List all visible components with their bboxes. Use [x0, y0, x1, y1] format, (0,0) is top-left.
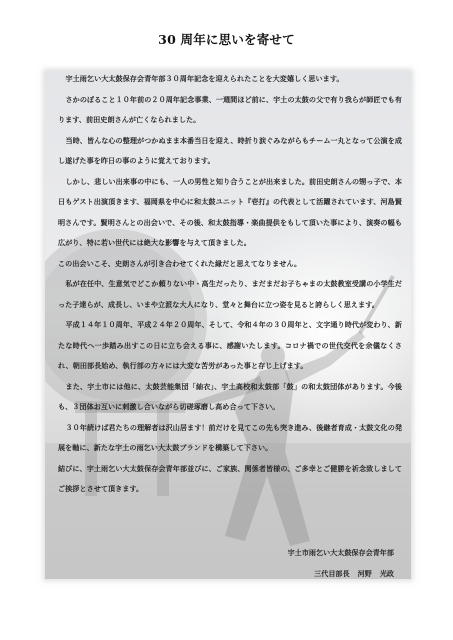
paragraph: さかのぼること１０年前の２０周年記念事業、一週間ほど前に、宇土の太鼓の父で有り我… [58, 90, 402, 131]
signature-name-line: 三代目部長河野光政 [288, 564, 394, 585]
signature-given-name: 光政 [380, 569, 394, 578]
signature-organization: 宇土市雨乞い大太鼓保存会青年部 [288, 543, 394, 564]
paragraph: 結びに、宇土雨乞い大太鼓保存会青年部並びに、ご家族、関係者皆様の、ご多幸とご健勝… [58, 459, 402, 500]
letter-body: 宇土雨乞い大太鼓保存会青年部３０周年記念を迎えられたことを大変嬉しく思います。 … [58, 69, 402, 500]
signature-block: 宇土市雨乞い大太鼓保存会青年部 三代目部長河野光政 [288, 543, 394, 584]
paragraph: この出会いこそ、史朗さんが引き合わせてくれた縁だと思えてなりません。 [58, 254, 402, 275]
paragraph: 平成１４年１０周年、平成２４年２０周年、そして、令和４年の３０周年と、文字通り時… [58, 315, 402, 377]
paragraph: 私が在任中、生意気でどこか頼りない中・高生だったり、まだまだお子ちゃまの太鼓教室… [58, 274, 402, 315]
paragraph: ３０年続けば君たちの理解者は沢山居ます！前だけを見てこの先も突き進み、後継者育成… [58, 418, 402, 459]
paragraph: 宇土雨乞い大太鼓保存会青年部３０周年記念を迎えられたことを大変嬉しく思います。 [58, 69, 402, 90]
paragraph: 当時、皆んな心の整理がつかぬまま本番当日を迎え、時折り涙ぐみながらもチーム一丸と… [58, 131, 402, 172]
paragraph: また、宇土市には他に、太鼓芸能集団「紬衣」、宇土高校和太鼓部「鼓」の和太鼓団体が… [58, 377, 402, 418]
document-title: 30 周年に思いを寄せて [0, 30, 453, 48]
paragraph: しかし、悲しい出来事の中にも、一人の男性と知り合うことが出来ました。前田史朗さん… [58, 172, 402, 254]
signature-position: 三代目部長 [314, 569, 349, 578]
signature-surname: 河野 [358, 569, 372, 578]
